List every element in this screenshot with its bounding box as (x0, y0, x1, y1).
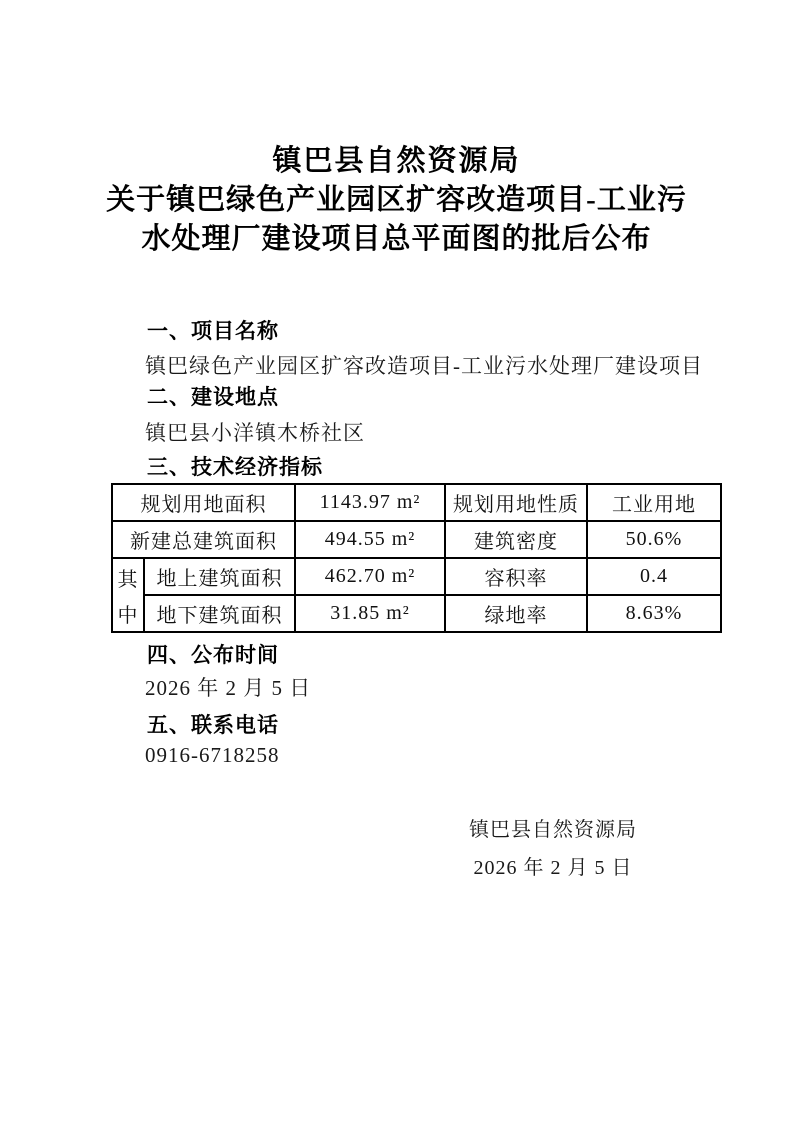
table-row: 新建总建筑面积 494.55 m² 建筑密度 50.6% (112, 521, 721, 558)
title-line-org: 镇巴县自然资源局 (0, 142, 793, 181)
technical-indicators-table: 规划用地面积 1143.97 m² 规划用地性质 工业用地 新建总建筑面积 49… (111, 483, 722, 633)
group-char-bottom: 中 (118, 599, 139, 628)
cell-value-land-use-type: 工业用地 (587, 484, 721, 521)
section-2-heading: 二、建设地点 (147, 387, 279, 409)
cell-label-planned-land-area: 规划用地面积 (112, 484, 295, 521)
signature-org: 镇巴县自然资源局 (437, 811, 669, 849)
cell-label-plot-ratio: 容积率 (445, 558, 587, 595)
cell-value-building-density: 50.6% (587, 521, 721, 558)
cell-label-building-density: 建筑密度 (445, 521, 587, 558)
table-row: 规划用地面积 1143.97 m² 规划用地性质 工业用地 (112, 484, 721, 521)
cell-value-above-ground-area: 462.70 m² (295, 558, 445, 595)
cell-label-above-ground-area: 地上建筑面积 (144, 558, 295, 595)
section-2-body-location: 镇巴县小洋镇木桥社区 (145, 422, 365, 444)
cell-value-underground-area: 31.85 m² (295, 595, 445, 632)
group-char-top: 其 (118, 563, 139, 592)
document-page: 镇巴县自然资源局 关于镇巴绿色产业园区扩容改造项目-工业污 水处理厂建设项目总平… (0, 0, 793, 1122)
cell-label-total-new-floor-area: 新建总建筑面积 (112, 521, 295, 558)
section-4-heading: 四、公布时间 (147, 645, 279, 667)
section-5-heading: 五、联系电话 (147, 715, 279, 737)
cell-label-underground-area: 地下建筑面积 (144, 595, 295, 632)
section-4-body-publish-date: 2026 年 2 月 5 日 (145, 677, 311, 699)
title-line-3: 水处理厂建设项目总平面图的批后公布 (0, 220, 793, 259)
document-title: 镇巴县自然资源局 关于镇巴绿色产业园区扩容改造项目-工业污 水处理厂建设项目总平… (0, 142, 793, 259)
signature-block: 镇巴县自然资源局 2026 年 2 月 5 日 (437, 811, 669, 887)
cell-value-plot-ratio: 0.4 (587, 558, 721, 595)
title-line-2: 关于镇巴绿色产业园区扩容改造项目-工业污 (0, 181, 793, 220)
section-1-body-project-name: 镇巴绿色产业园区扩容改造项目-工业污水处理厂建设项目 (145, 355, 703, 377)
table-row: 其 中 地上建筑面积 462.70 m² 容积率 0.4 (112, 558, 721, 595)
table-row: 地下建筑面积 31.85 m² 绿地率 8.63% (112, 595, 721, 632)
cell-value-total-new-floor-area: 494.55 m² (295, 521, 445, 558)
section-3-heading: 三、技术经济指标 (147, 457, 323, 479)
cell-label-land-use-type: 规划用地性质 (445, 484, 587, 521)
cell-value-green-ratio: 8.63% (587, 595, 721, 632)
cell-value-planned-land-area: 1143.97 m² (295, 484, 445, 521)
cell-label-green-ratio: 绿地率 (445, 595, 587, 632)
section-5-body-phone-number: 0916-6718258 (145, 744, 280, 766)
signature-date: 2026 年 2 月 5 日 (437, 849, 669, 887)
cell-group-among-which: 其 中 (112, 558, 144, 632)
section-1-heading: 一、项目名称 (147, 321, 279, 343)
group-label-vertical: 其 中 (113, 559, 143, 631)
